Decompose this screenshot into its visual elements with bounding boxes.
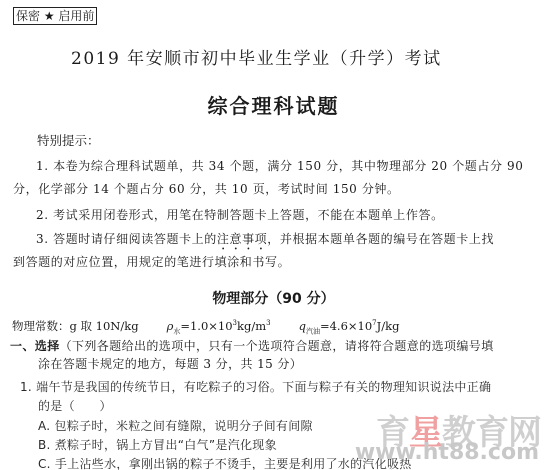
confidential-stamp: 保密 ★ 启用前 <box>13 7 97 25</box>
watermark-url: www.ht88.com <box>355 440 539 465</box>
constants-label: 物理常数： <box>12 319 70 333</box>
rho-value: =1.0×10 <box>180 319 232 333</box>
multiple-choice-instructions: （下列各题给出的选项中，只有一个选项符合题意，请将符合题意的选项编号填 <box>60 339 494 353</box>
q-unit: J/kg <box>377 319 400 333</box>
question-1-stem-line-2: 的是（ ） <box>38 397 112 414</box>
question-1-option-a: A. 包粽子时，米粒之间有缝隙，说明分子间有间隙 <box>38 417 313 434</box>
multiple-choice-label: 一、选择 <box>10 339 60 353</box>
q-value: =4.6×10 <box>320 319 372 333</box>
subject-title: 综合理科试题 <box>0 90 547 119</box>
exam-title: 2019 年安顺市初中毕业生学业（升学）考试 <box>71 44 442 69</box>
notice-item-2: 2. 考试采用闭卷形式，用笔在特制答题卡上答题，不能在本题单上作答。 <box>36 206 444 223</box>
constant-g: g 取 10N/kg <box>70 319 139 333</box>
notice-heading: 特别提示： <box>37 131 100 149</box>
notice-item-1-line-2: 分，化学部分 14 个题占分 60 分，共 10 页，考试时间 150 分钟。 <box>13 180 400 197</box>
notice-item-3-line-2: 到答题的对应位置，用规定的笔进行填涂和书写。 <box>13 253 290 270</box>
physics-section-title: 物理部分（90 分） <box>0 288 547 308</box>
rho-unit-exponent: 3 <box>266 319 270 327</box>
notice-item-3-pre: 3. 答题时请仔细阅读答题卡上的 <box>36 232 217 246</box>
physics-constants: 物理常数：g 取 10N/kgρ水=1.0×103kg/m3q汽油=4.6×10… <box>12 318 399 336</box>
notice-item-1-line-1: 1. 本卷为综合理科试题单，共 34 个题，满分 150 分，其中物理部分 20… <box>36 157 523 174</box>
q-subscript: 汽油 <box>306 327 320 335</box>
multiple-choice-heading: 一、选择（下列各题给出的选项中，只有一个选项符合题意，请将符合题意的选项编号填 <box>10 337 494 354</box>
multiple-choice-instructions-line-2: 涂在答题卡规定的地方，每题 3 分，共 15 分） <box>38 355 302 372</box>
notice-item-3-emphasis: 注意事项 <box>217 232 267 246</box>
notice-item-3-post: ，并根据本题单各题的编号在答题卡上找 <box>267 232 494 246</box>
question-1-stem-line-1: 1. 端午节是我国的传统节日，有吃粽子的习俗。下面与粽子有关的物理知识说法中正确 <box>20 378 491 395</box>
q-symbol: q <box>299 319 306 333</box>
question-1-option-b: B. 煮粽子时，锅上方冒出“白气”是汽化现象 <box>38 436 277 453</box>
notice-item-3-line-1: 3. 答题时请仔细阅读答题卡上的注意事项，并根据本题单各题的编号在答题卡上找 <box>36 230 494 253</box>
rho-unit: kg/m <box>237 319 266 333</box>
